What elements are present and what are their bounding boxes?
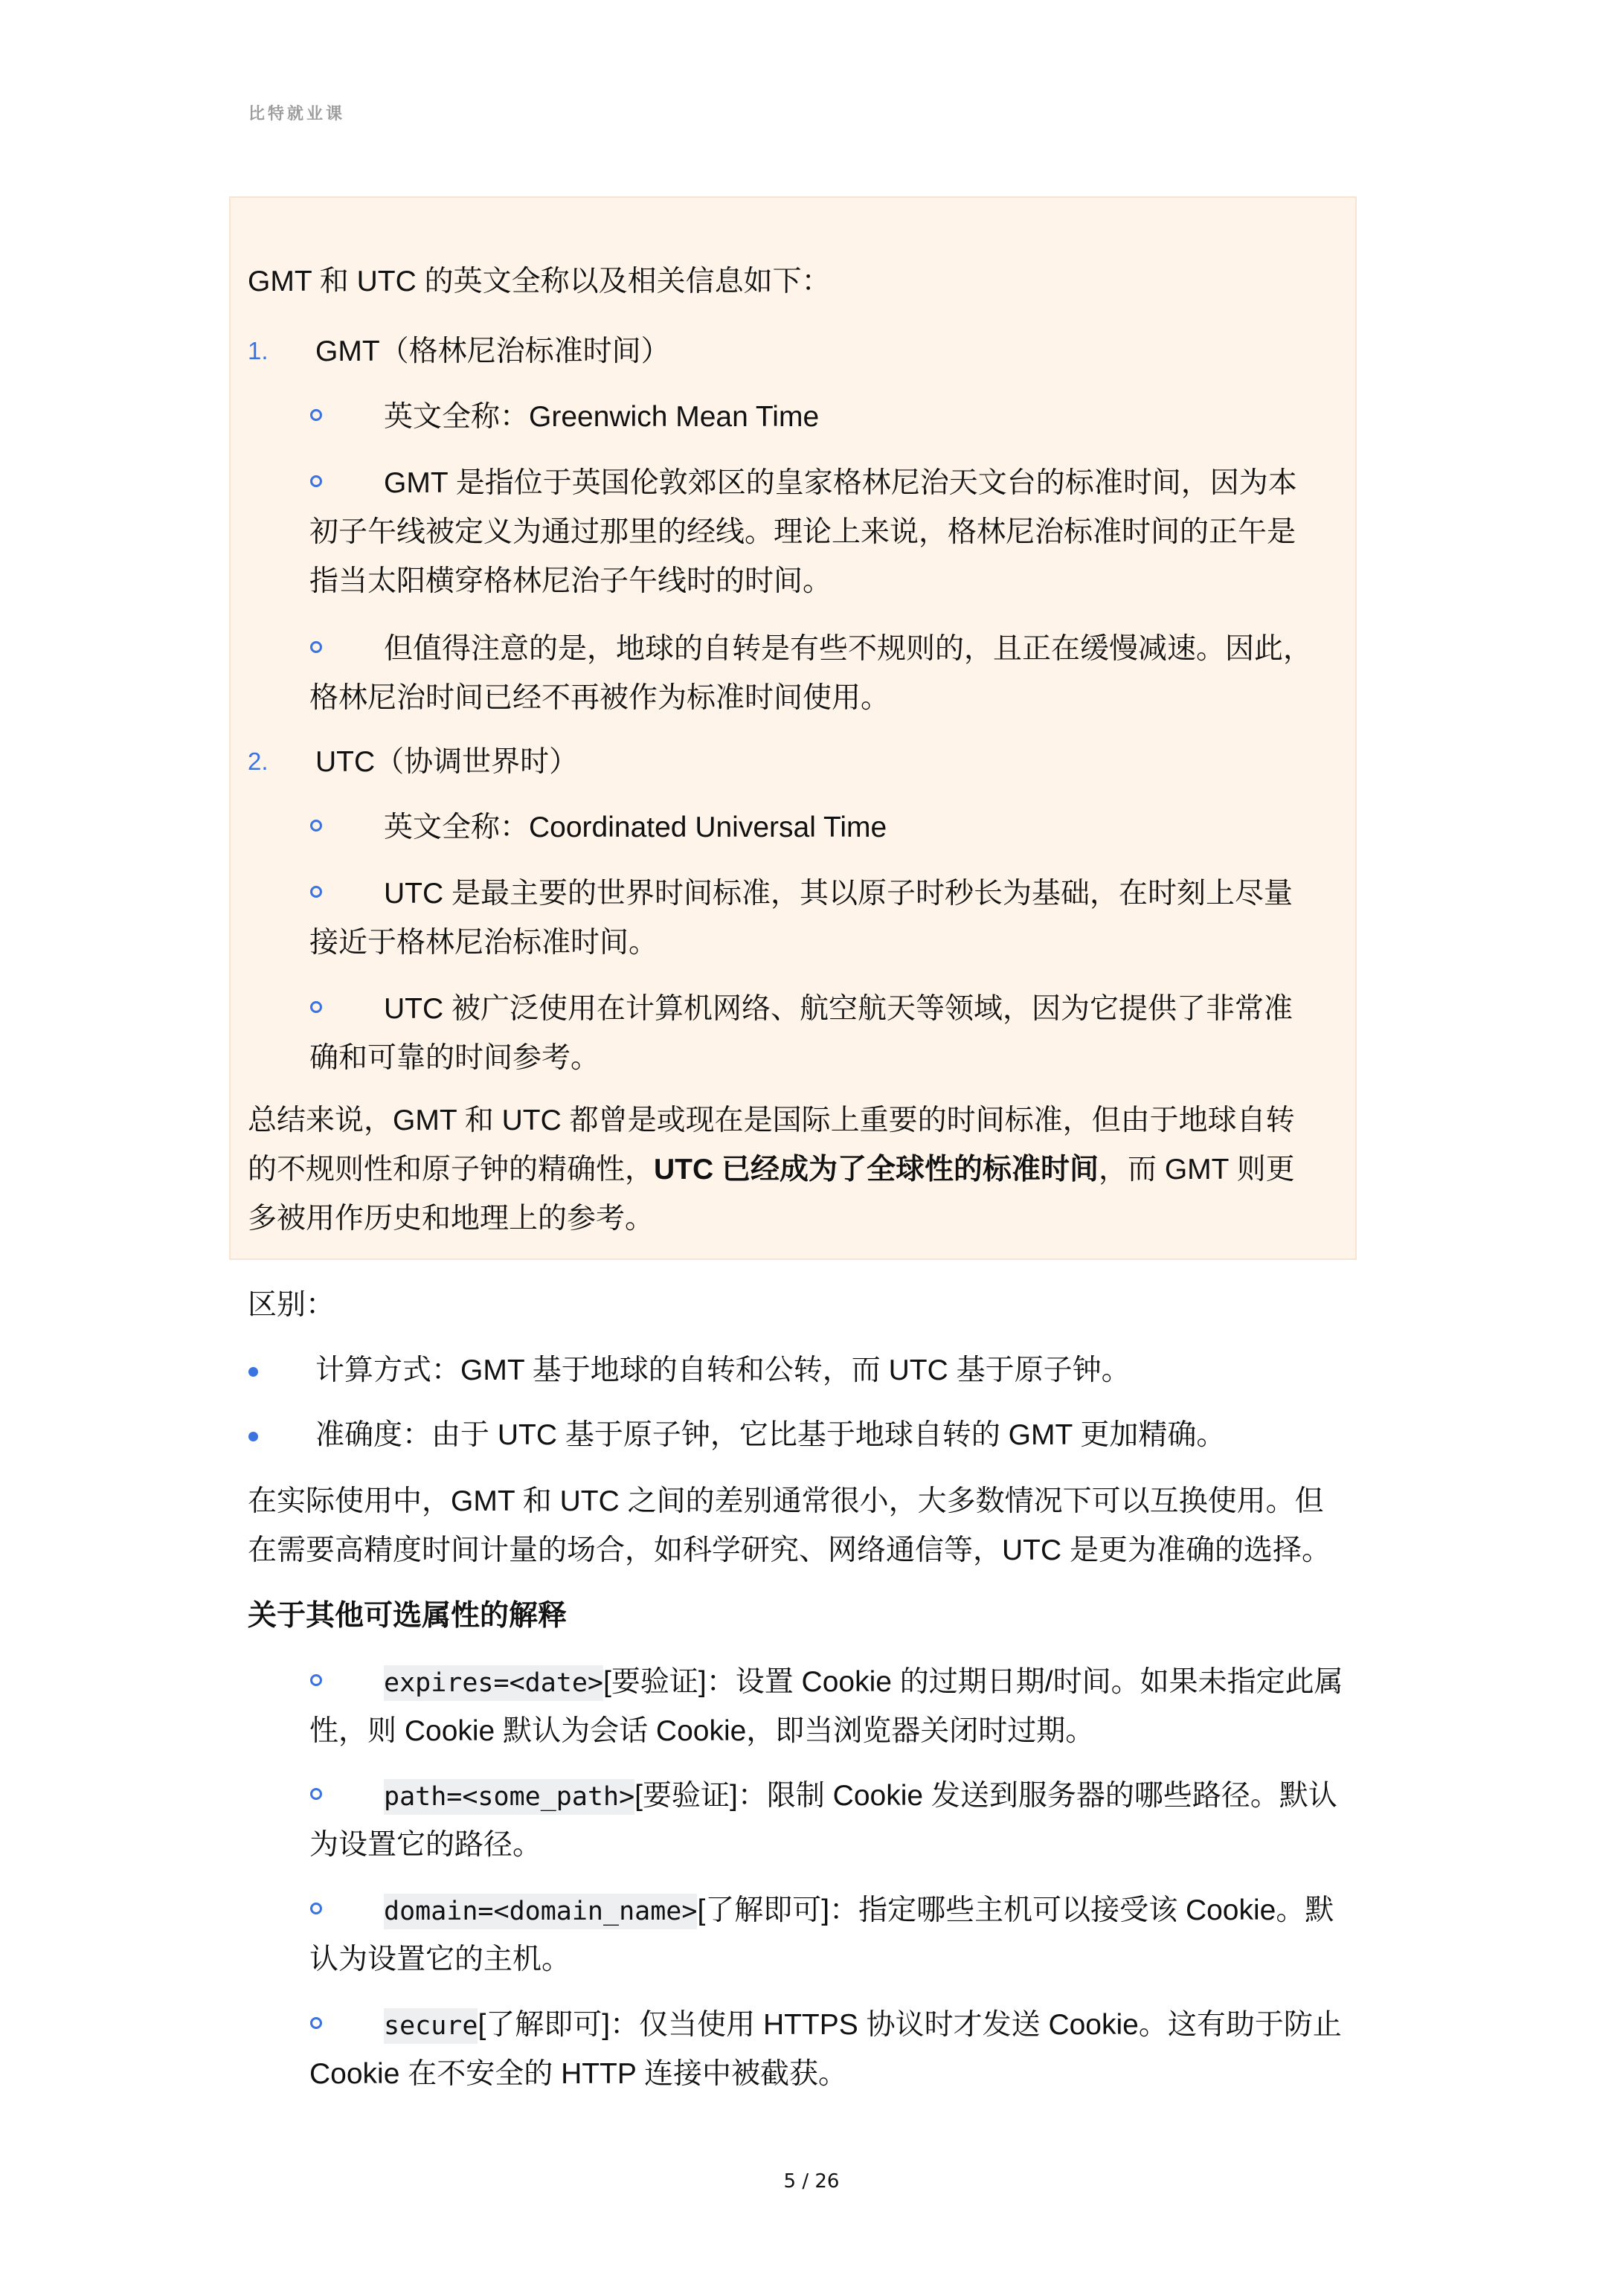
list-item-text: 英文全称：Coordinated Universal Time: [384, 803, 887, 852]
filled-bullet-icon: [248, 1432, 258, 1441]
hollow-bullet-icon: [310, 1903, 322, 1914]
attribute-desc-line: 为设置它的路径。: [309, 1821, 541, 1870]
attribute-tag: [了解即可]: [478, 2009, 610, 2041]
hollow-bullet-icon: [310, 886, 322, 898]
list-item-text: 格林尼治时间已经不再被作为标准时间使用。: [309, 674, 890, 723]
list-number: 1.: [248, 337, 269, 365]
attribute-item: path=<some_path>[要验证]：限制 Cookie 发送到服务器的哪…: [384, 1772, 1337, 1821]
attribute-item: expires=<date>[要验证]：设置 Cookie 的过期日期/时间。如…: [384, 1658, 1343, 1708]
list-item-text: 指当太阳横穿格林尼治子午线时的时间。: [309, 557, 832, 606]
list-number: 2.: [248, 747, 269, 776]
code-snippet: expires=<date>: [384, 1665, 603, 1701]
difference-item: 计算方式：GMT 基于地球的自转和公转，而 UTC 基于原子钟。: [315, 1346, 1131, 1395]
attribute-desc: ：限制 Cookie 发送到服务器的哪些路径。默认: [738, 1780, 1337, 1812]
note-intro: GMT 和 UTC 的英文全称以及相关信息如下：: [248, 257, 831, 306]
code-snippet: secure: [384, 2008, 478, 2044]
attribute-tag: [要验证]: [634, 1780, 738, 1812]
attribute-desc: ：设置 Cookie 的过期日期/时间。如果未指定此属: [707, 1666, 1343, 1698]
list-item-title: GMT（格林尼治标准时间）: [315, 327, 670, 376]
summary-emphasis: UTC 已经成为了全球性的标准时间: [654, 1154, 1099, 1186]
difference-item: 准确度：由于 UTC 基于原子钟，它比基于地球自转的 GMT 更加精确。: [315, 1411, 1225, 1460]
attribute-desc-line: 认为设置它的主机。: [309, 1935, 571, 1984]
differences-label: 区别：: [248, 1281, 335, 1330]
document-header-brand: 比特就业课: [248, 101, 345, 124]
list-item-text: UTC 被广泛使用在计算机网络、航空航天等领域，因为它提供了非常准: [384, 985, 1293, 1034]
hollow-bullet-icon: [310, 820, 322, 832]
hollow-bullet-icon: [310, 1674, 322, 1686]
list-item-text: 确和可靠的时间参考。: [309, 1034, 600, 1083]
section-heading: 关于其他可选属性的解释: [248, 1592, 567, 1641]
list-item-text: UTC 是最主要的世界时间标准，其以原子时秒长为基础，在时刻上尽量: [384, 869, 1293, 919]
summary-text: 的不规则性和原子钟的精确性，: [248, 1154, 654, 1186]
list-item-text: 但值得注意的是，地球的自转是有些不规则的，且正在缓慢减速。因此，: [384, 625, 1312, 674]
attribute-tag: [了解即可]: [697, 1894, 829, 1926]
page-number: 5 / 26: [0, 2170, 1623, 2193]
attribute-tag: [要验证]: [603, 1666, 707, 1698]
filled-bullet-icon: [248, 1367, 258, 1377]
attribute-desc-line: Cookie 在不安全的 HTTP 连接中被截获。: [309, 2050, 847, 2099]
attribute-desc: ：指定哪些主机可以接受该 Cookie。默: [829, 1894, 1334, 1926]
hollow-bullet-icon: [310, 2017, 322, 2029]
list-item-text: 初子午线被定义为通过那里的经线。理论上来说，格林尼治标准时间的正午是: [309, 508, 1296, 557]
hollow-bullet-icon: [310, 1788, 322, 1800]
attribute-desc: ：仅当使用 HTTPS 协议时才发送 Cookie。这有助于防止: [610, 2009, 1342, 2041]
code-snippet: domain=<domain_name>: [384, 1894, 697, 1929]
hollow-bullet-icon: [310, 475, 322, 487]
code-snippet: path=<some_path>: [384, 1779, 634, 1815]
list-item-text: 英文全称：Greenwich Mean Time: [384, 393, 819, 442]
list-item-title: UTC（协调世界时）: [315, 738, 578, 787]
hollow-bullet-icon: [310, 409, 322, 421]
summary-line: 总结来说，GMT 和 UTC 都曾是或现在是国际上重要的时间标准，但由于地球自转: [248, 1096, 1295, 1145]
summary-line: 的不规则性和原子钟的精确性，UTC 已经成为了全球性的标准时间，而 GMT 则更: [248, 1145, 1295, 1194]
practice-line: 在实际使用中，GMT 和 UTC 之间的差别通常很小，大多数情况下可以互换使用。…: [248, 1477, 1324, 1526]
hollow-bullet-icon: [310, 1001, 322, 1013]
hollow-bullet-icon: [310, 641, 322, 653]
list-item-text: GMT 是指位于英国伦敦郊区的皇家格林尼治天文台的标准时间，因为本: [384, 459, 1297, 508]
summary-text: ，而 GMT 则更: [1099, 1154, 1295, 1186]
practice-line: 在需要高精度时间计量的场合，如科学研究、网络通信等，UTC 是更为准确的选择。: [248, 1526, 1331, 1575]
attribute-item: domain=<domain_name>[了解即可]：指定哪些主机可以接受该 C…: [384, 1886, 1334, 1936]
summary-line: 多被用作历史和地理上的参考。: [248, 1194, 654, 1244]
attribute-desc-line: 性，则 Cookie 默认为会话 Cookie，即当浏览器关闭时过期。: [309, 1707, 1094, 1756]
list-item-text: 接近于格林尼治标准时间。: [309, 919, 658, 968]
attribute-item: secure[了解即可]：仅当使用 HTTPS 协议时才发送 Cookie。这有…: [384, 2001, 1342, 2051]
